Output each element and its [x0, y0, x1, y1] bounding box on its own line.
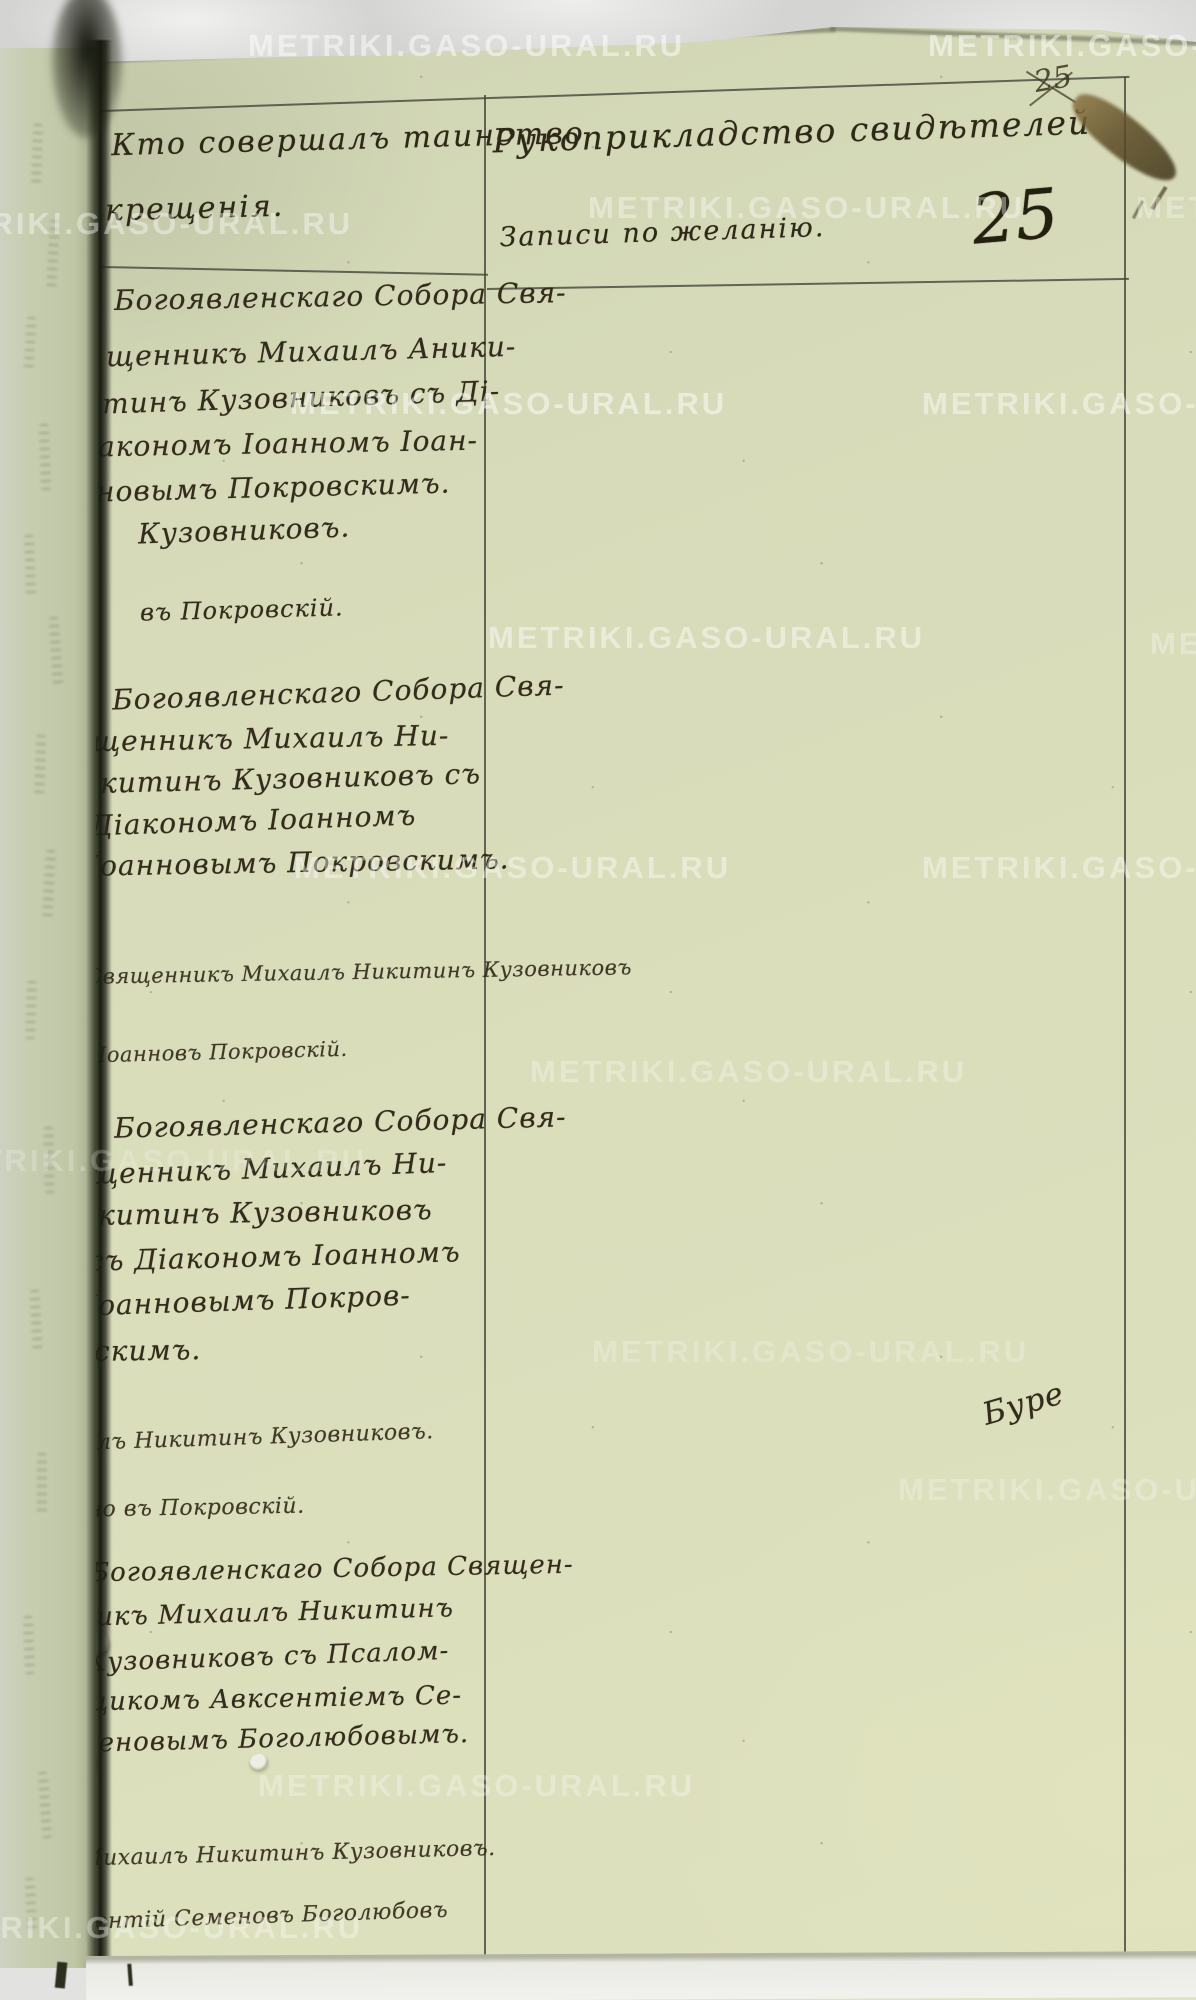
- watermark-text: METRIKI.GASO-URAL.RU: [294, 850, 731, 886]
- watermark-text: METRIKI.GASO-URAL.RU: [0, 206, 353, 242]
- handwritten-line: въ Покровскій.: [140, 593, 344, 626]
- page-surface: Кто совершалъ таинство крещенія. Рукопри…: [0, 0, 1196, 2000]
- watermark-text: METRIKI.GASO-URAL.RU: [0, 1143, 367, 1179]
- watermark-text: METRIKI.GASO-URAL.RU: [0, 1910, 363, 1946]
- scanned-metric-book-page: Кто совершалъ таинство крещенія. Рукопри…: [0, 0, 1196, 2000]
- handwritten-line: Кузовниковъ.: [138, 510, 351, 550]
- watermark-text: METRIKI.GASO-URAL.RU: [928, 28, 1196, 64]
- watermark-text: METRIKI.GASO-URAL.RU: [248, 28, 685, 64]
- handwritten-line: акономъ Іоанномъ Іоан-: [98, 424, 479, 464]
- watermark-text: METRIKI.GASO-URAL.RU: [922, 386, 1196, 422]
- table-right-border: [1124, 77, 1126, 1959]
- watermark-text: METRIKI.GASO-URAL.RU: [588, 190, 1025, 226]
- watermark-text: METRIKI.GASO-URAL.RU: [530, 1054, 967, 1090]
- bottom-ink-mark: [127, 1964, 133, 1986]
- bleed-through-mark: [25, 981, 37, 1039]
- bleed-through-mark: [23, 1616, 35, 1674]
- watermark-text: METRIKI.GASO-URAL.RU: [922, 850, 1196, 886]
- watermark-text: METRIKI.GASO-URAL.RU: [1136, 190, 1196, 226]
- adjacent-page-edge: [0, 48, 100, 1968]
- handwritten-line: щенникъ Михаилъ Ни-: [92, 719, 450, 758]
- watermark-text: METRIKI.GASO-URAL.RU: [898, 1472, 1196, 1508]
- handwritten-line: китинъ Кузовниковъ: [98, 1193, 433, 1232]
- watermark-text: METRIKI.GASO-URAL.RU: [258, 1768, 695, 1804]
- bleed-through-mark: [24, 535, 36, 595]
- bleed-through-mark: [37, 1453, 47, 1517]
- watermark-text: METRIKI.GASO-URAL.RU: [1150, 626, 1196, 662]
- watermark-text: METRIKI.GASO-URAL.RU: [290, 386, 727, 422]
- next-page-bottom-edge: [86, 1951, 1196, 2000]
- watermark-text: METRIKI.GASO-URAL.RU: [488, 620, 925, 656]
- book-spine: [86, 40, 112, 2000]
- watermark-text: METRIKI.GASO-URAL.RU: [592, 1334, 1029, 1370]
